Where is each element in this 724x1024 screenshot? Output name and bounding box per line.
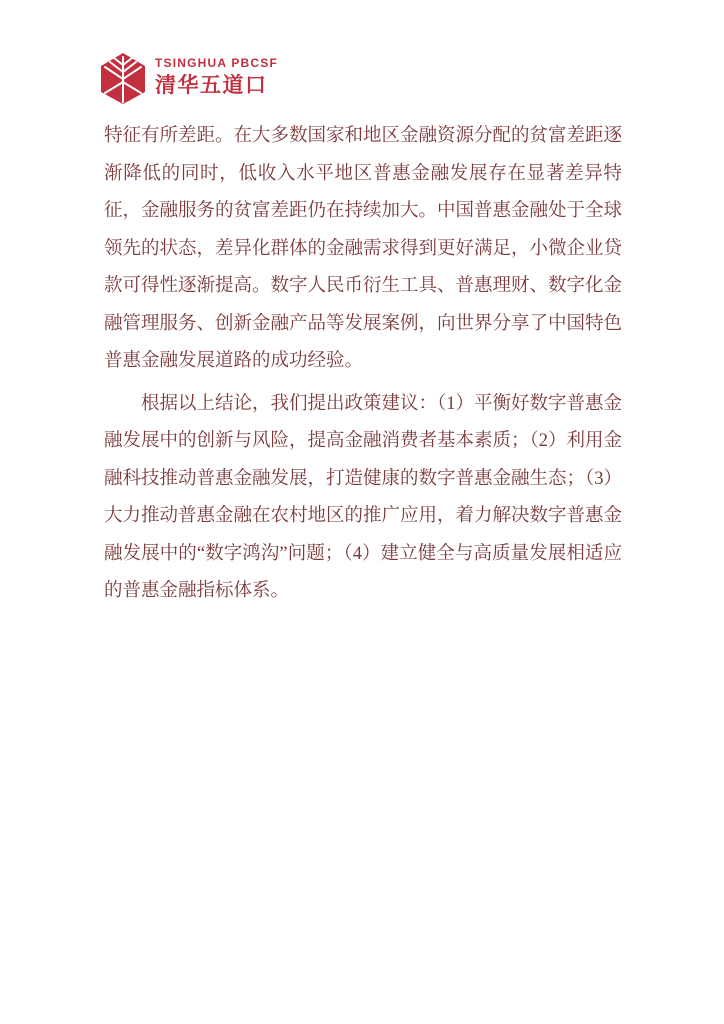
logo-wordmark: TSINGHUA PBCSF 清华五道口 bbox=[155, 52, 278, 99]
document-page: TSINGHUA PBCSF 清华五道口 特征有所差距。在大多数国家和地区金融资… bbox=[0, 0, 724, 1024]
tsinghua-pbcsf-logo: TSINGHUA PBCSF 清华五道口 bbox=[99, 52, 278, 105]
paragraph-2: 根据以上结论，我们提出政策建议：（1）平衡好数字普惠金融发展中的创新与风险，提高… bbox=[104, 386, 622, 611]
body-text: 特征有所差距。在大多数国家和地区金融资源分配的贫富差距逐渐降低的同时，低收入水平… bbox=[104, 118, 622, 611]
tsinghua-pbcsf-logo-icon bbox=[99, 52, 147, 105]
logo-brand-en: TSINGHUA PBCSF bbox=[155, 56, 278, 70]
paragraph-1: 特征有所差距。在大多数国家和地区金融资源分配的贫富差距逐渐降低的同时，低收入水平… bbox=[104, 118, 622, 381]
logo-brand-zh: 清华五道口 bbox=[155, 73, 278, 99]
